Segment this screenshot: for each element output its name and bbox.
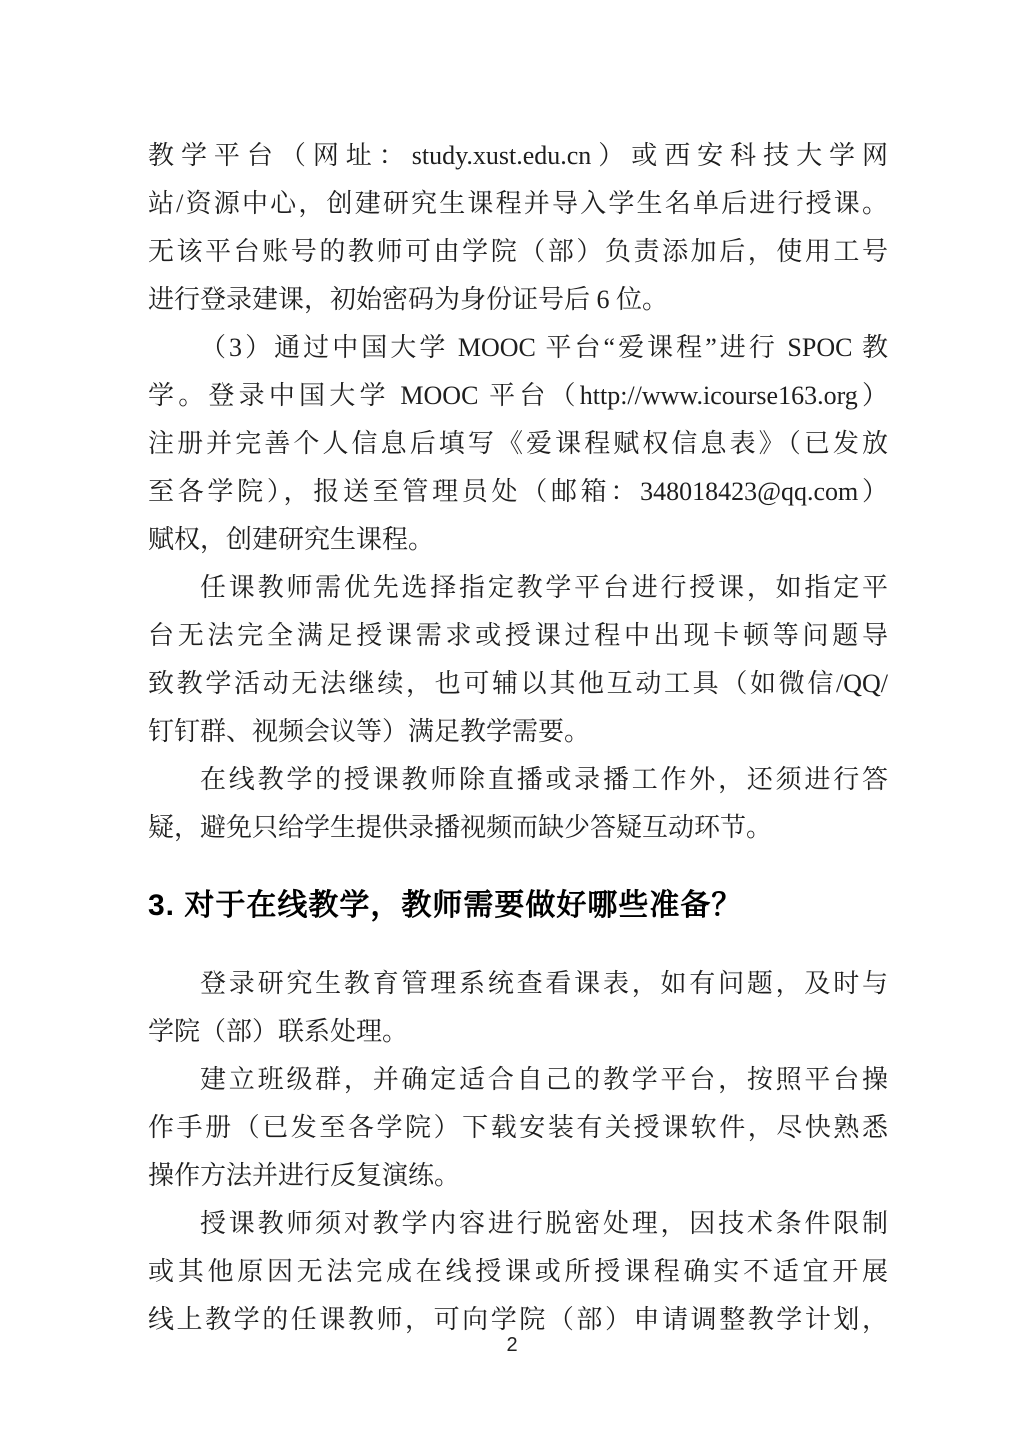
- paragraph: 建立班级群，并确定适合自己的教学平台，按照平台操 作手册（已发至各学院）下载安装…: [148, 1056, 888, 1200]
- text-line: 台无法完全满足授课需求或授课过程中出现卡顿等问题导: [148, 612, 888, 660]
- text-line: 赋权，创建研究生课程。: [148, 516, 888, 564]
- text-line: 操作方法并进行反复演练。: [148, 1152, 888, 1200]
- text-line: 在线教学的授课教师除直播或录播工作外，还须进行答: [148, 756, 888, 804]
- text-line: 教学平台（网址：study.xust.edu.cn）或西安科技大学网: [148, 132, 888, 180]
- text-line: 疑，避免只给学生提供录播视频而缺少答疑互动环节。: [148, 804, 888, 852]
- paragraph: 教学平台（网址：study.xust.edu.cn）或西安科技大学网 站/资源中…: [148, 132, 888, 324]
- paragraph: 任课教师需优先选择指定教学平台进行授课，如指定平 台无法完全满足授课需求或授课过…: [148, 564, 888, 756]
- paragraph: 授课教师须对教学内容进行脱密处理，因技术条件限制 或其他原因无法完成在线授课或所…: [148, 1200, 888, 1344]
- text-line: 注册并完善个人信息后填写《爱课程赋权信息表》（已发放: [148, 420, 888, 468]
- text-line: （3）通过中国大学 MOOC 平台“爱课程”进行 SPOC 教: [148, 324, 888, 372]
- text-line: 进行登录建课，初始密码为身份证号后 6 位。: [148, 276, 888, 324]
- text-line: 任课教师需优先选择指定教学平台进行授课，如指定平: [148, 564, 888, 612]
- text-line: 致教学活动无法继续，也可辅以其他互动工具（如微信/QQ/: [148, 660, 888, 708]
- text-line: 授课教师须对教学内容进行脱密处理，因技术条件限制: [148, 1200, 888, 1248]
- text-line: 登录研究生教育管理系统查看课表，如有问题，及时与: [148, 960, 888, 1008]
- paragraph: （3）通过中国大学 MOOC 平台“爱课程”进行 SPOC 教 学。登录中国大学…: [148, 324, 888, 564]
- text-line: 钉钉群、视频会议等）满足教学需要。: [148, 708, 888, 756]
- text-line: 学院（部）联系处理。: [148, 1008, 888, 1056]
- document-page: 教学平台（网址：study.xust.edu.cn）或西安科技大学网 站/资源中…: [0, 0, 1024, 1448]
- text-line: 学。登录中国大学 MOOC 平台（http://www.icourse163.o…: [148, 372, 888, 420]
- text-line: 或其他原因无法完成在线授课或所授课程确实不适宜开展: [148, 1248, 888, 1296]
- section-heading: 3. 对于在线教学，教师需要做好哪些准备？: [148, 882, 888, 930]
- page-number: 2: [0, 1334, 1024, 1357]
- text-line: 站/资源中心，创建研究生课程并导入学生名单后进行授课。: [148, 180, 888, 228]
- paragraph: 登录研究生教育管理系统查看课表，如有问题，及时与 学院（部）联系处理。: [148, 960, 888, 1056]
- text-line: 建立班级群，并确定适合自己的教学平台，按照平台操: [148, 1056, 888, 1104]
- text-line: 作手册（已发至各学院）下载安装有关授课软件，尽快熟悉: [148, 1104, 888, 1152]
- paragraph: 在线教学的授课教师除直播或录播工作外，还须进行答 疑，避免只给学生提供录播视频而…: [148, 756, 888, 852]
- text-line: 至各学院），报送至管理员处（邮箱：348018423@qq.com）: [148, 468, 888, 516]
- text-line: 无该平台账号的教师可由学院（部）负责添加后，使用工号: [148, 228, 888, 276]
- document-body: 教学平台（网址：study.xust.edu.cn）或西安科技大学网 站/资源中…: [148, 132, 888, 1344]
